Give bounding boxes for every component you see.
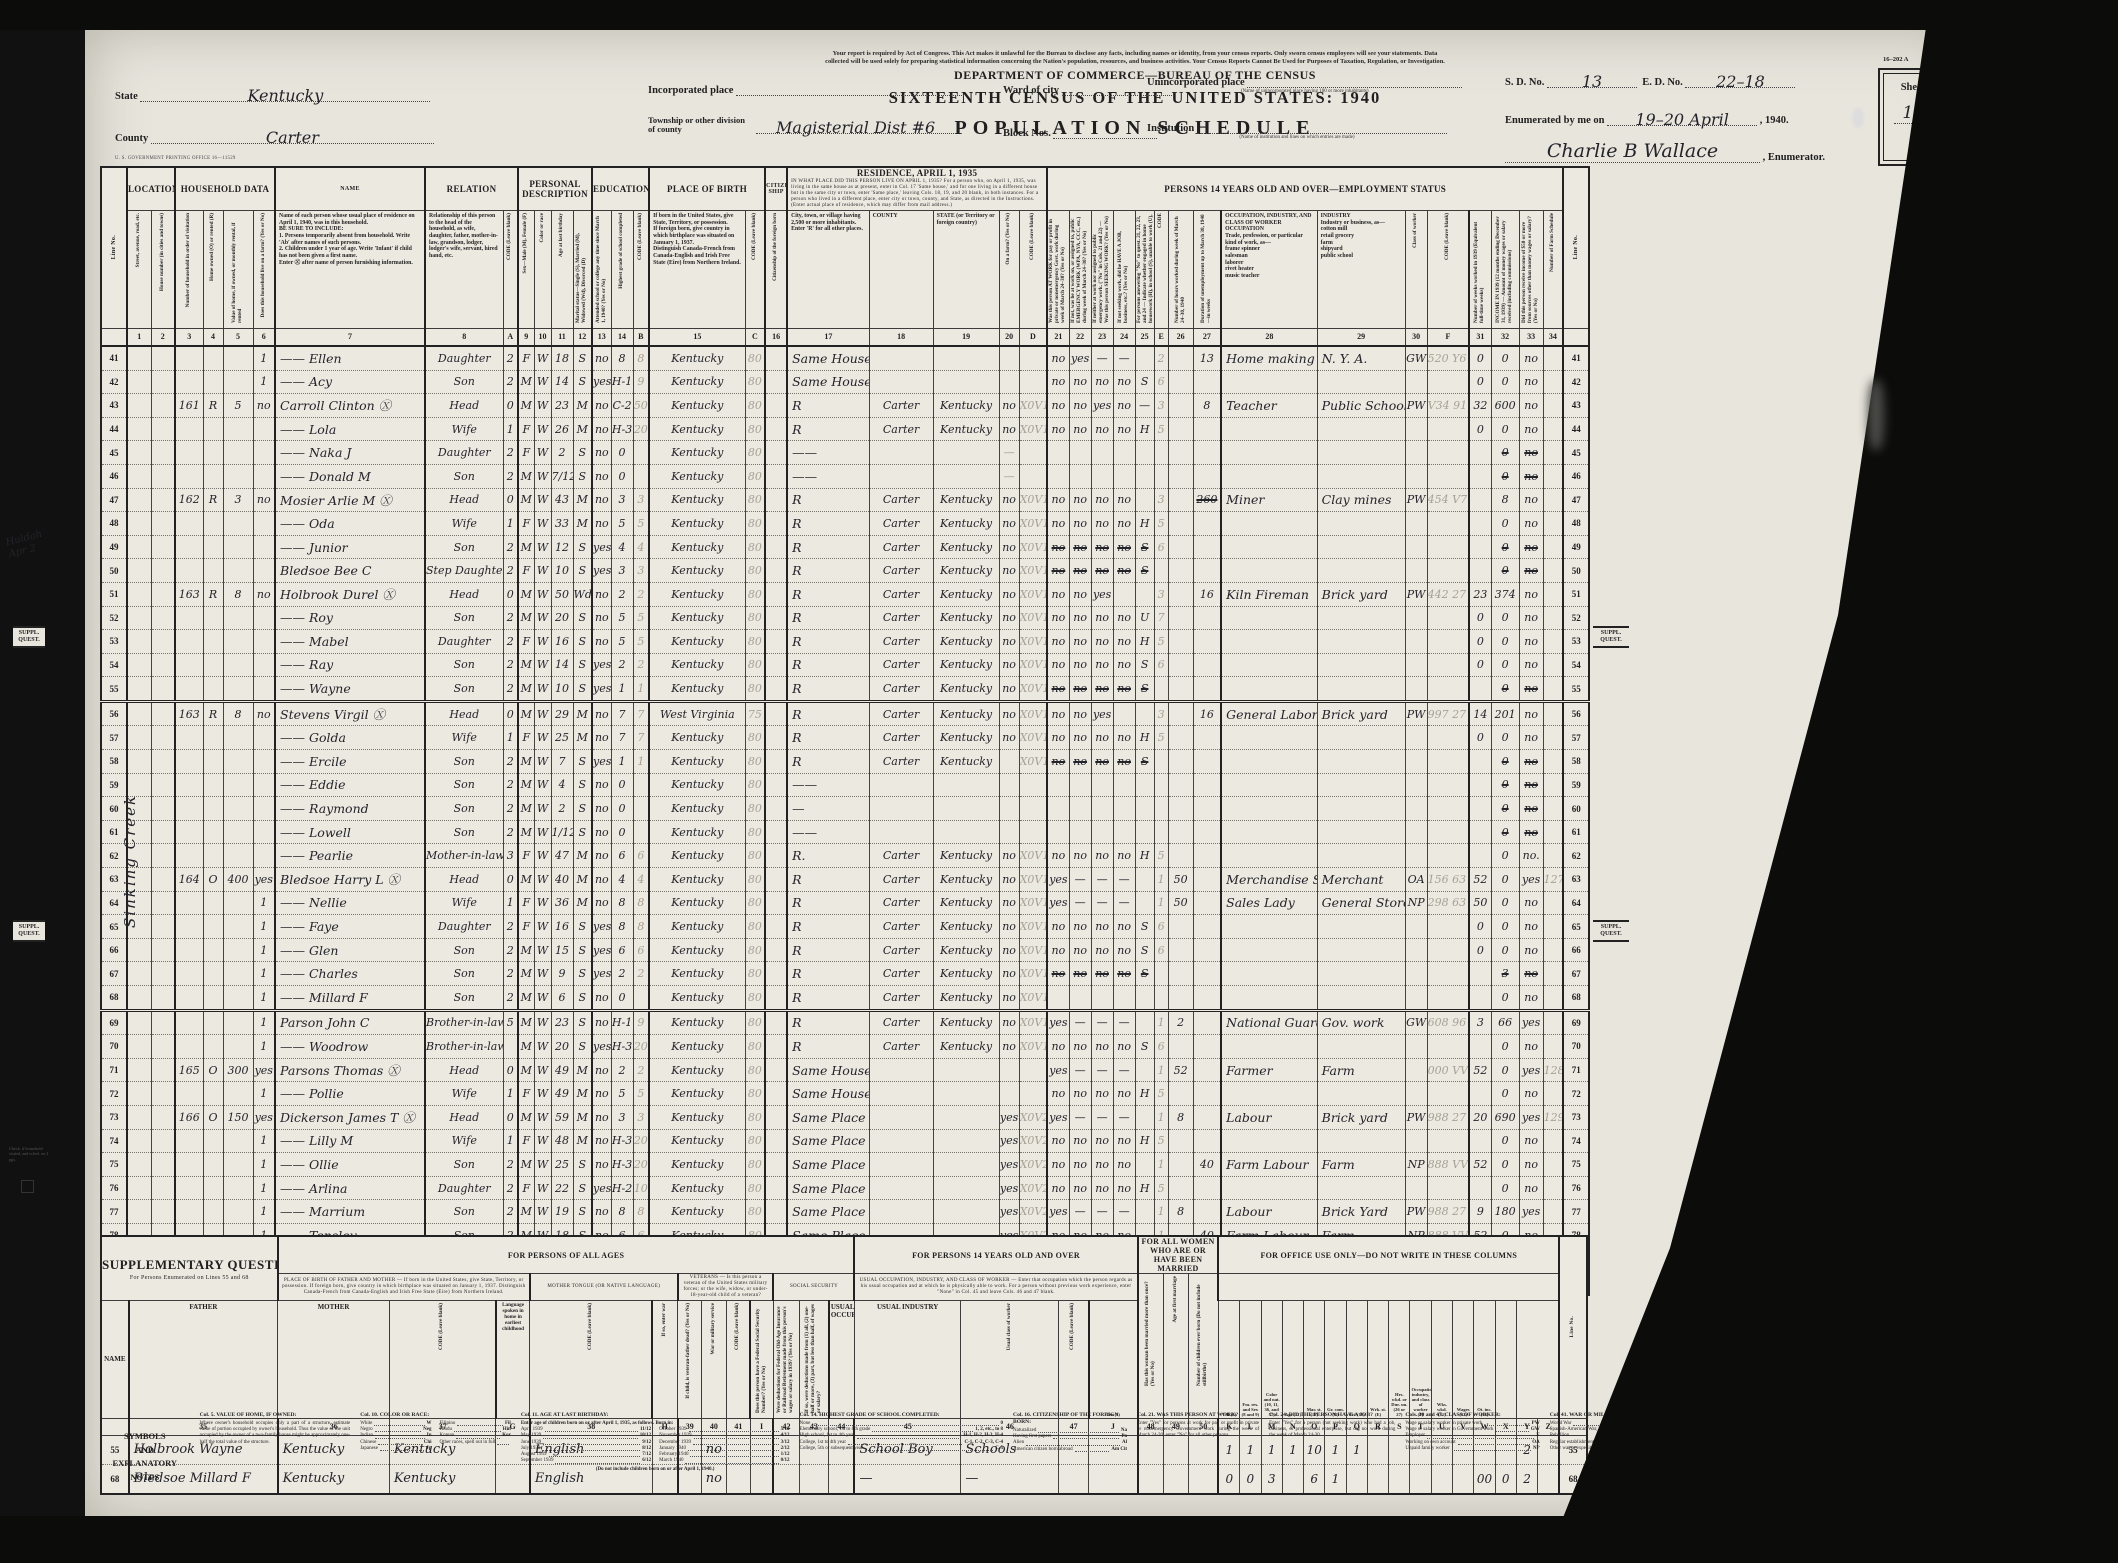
- suppl-quest-marker-left-68: SUPPL. QUEST.: [13, 920, 45, 942]
- cell-residence-city: Same Place: [787, 1105, 869, 1129]
- cell-emergency-work: no: [1069, 559, 1091, 583]
- cell-code-b: 7: [633, 726, 649, 750]
- cell-hours-worked: [1168, 582, 1193, 606]
- table-row: 701—— WoodrowBrother-in-lawMW20SyesH-320…: [101, 1035, 1589, 1059]
- cell-seeking-work: no: [1091, 677, 1113, 702]
- cell-status: H: [1135, 1082, 1154, 1106]
- cell-house-number: [151, 1058, 175, 1082]
- cell-emergency-work: no: [1069, 938, 1091, 962]
- cell-unemployment-weeks: [1193, 464, 1221, 488]
- cell-code-d: X0V1: [1019, 630, 1047, 654]
- cell-unemployment-weeks: [1193, 630, 1221, 654]
- cell-code-b: 1: [633, 750, 649, 774]
- column-number: 8: [425, 328, 503, 346]
- column-number: 9: [518, 328, 534, 346]
- cell-has-job: no: [1113, 559, 1135, 583]
- cell-code-a: 2: [503, 535, 518, 559]
- cell-unemployment-weeks: [1193, 1058, 1221, 1082]
- cell-sex: M: [518, 464, 534, 488]
- table-row: 55—— WayneSon2MW10Syes11Kentucky80RCarte…: [101, 677, 1589, 702]
- cell-at-work: no: [1047, 677, 1069, 702]
- cell-line: 44: [1563, 417, 1589, 441]
- cell-residence-farm: [999, 773, 1019, 797]
- cell-industry: [1317, 726, 1405, 750]
- cell-residence-farm: yes: [999, 1129, 1019, 1153]
- cell-color-race: W: [534, 820, 551, 844]
- cell-citizenship: [765, 606, 787, 630]
- cell-age: 1/12: [551, 820, 573, 844]
- column-description: STATE (or Territory or foreign country): [933, 211, 999, 329]
- cell-age: 16: [551, 915, 573, 939]
- cell-has-job: no: [1113, 630, 1135, 654]
- cell-residence-state: [933, 1200, 999, 1224]
- cell-weeks-worked: 9: [1469, 1200, 1491, 1224]
- cell-code-a: 2: [503, 464, 518, 488]
- group-header: PLACE OF BIRTH: [649, 167, 765, 211]
- cell-farm-schedule: [1543, 370, 1563, 394]
- cell-occupation: [1221, 606, 1317, 630]
- cell-farm-schedule: [1543, 844, 1563, 868]
- suppl-quest-marker-right-68: SUPPL. QUEST.: [1593, 920, 1629, 942]
- cell-name: —— Ercile: [275, 750, 425, 774]
- cell-farm: [253, 512, 275, 536]
- cell-household-number: 163: [175, 701, 203, 726]
- suppl-quest-marker-right-55: SUPPL. QUEST.: [1593, 626, 1629, 648]
- cell-weeks-worked: 0: [1469, 417, 1491, 441]
- cell-home-value: 300: [223, 1058, 253, 1082]
- cell-residence-county: Carter: [869, 512, 933, 536]
- cell-code-e: 5: [1154, 630, 1168, 654]
- cell-code-c: 80: [745, 891, 765, 915]
- cell-sex: M: [518, 820, 534, 844]
- cell-line: 74: [101, 1129, 127, 1153]
- cell-line: 63: [1563, 868, 1589, 892]
- column-description: Name of each person whose usual place of…: [275, 211, 425, 329]
- cell-line: 77: [101, 1200, 127, 1224]
- cell-at-work: no: [1047, 844, 1069, 868]
- enumerator-signature: Charlie B Wallace: [1547, 140, 1718, 162]
- cell-code-c: 80: [745, 1058, 765, 1082]
- cell-wages: 600: [1491, 394, 1519, 418]
- cell-name: —— Wayne: [275, 677, 425, 702]
- cell-wages: 0: [1491, 512, 1519, 536]
- cell-weeks-worked: [1469, 464, 1491, 488]
- cell-residence-farm: no: [999, 986, 1019, 1011]
- column-description: Highest grade of school completed: [611, 211, 633, 329]
- cell-occupation: [1221, 653, 1317, 677]
- cell-residence-county: Carter: [869, 726, 933, 750]
- cell-birthplace: Kentucky: [649, 582, 745, 606]
- cell-color-race: W: [534, 962, 551, 986]
- cell-relation: Head: [425, 1058, 503, 1082]
- column-description: Number of Farm Schedule: [1543, 211, 1563, 329]
- cell-house-number: [151, 512, 175, 536]
- cell-unemployment-weeks: [1193, 1105, 1221, 1129]
- cell-occupation: [1221, 820, 1317, 844]
- cell-other-income: no: [1519, 915, 1543, 939]
- cell-code-f: [1427, 370, 1469, 394]
- office-use-column-label: Color and nat. (10, 11, 36, and 37): [1261, 1301, 1282, 1419]
- cell-wages: 0: [1491, 891, 1519, 915]
- column-number: 21: [1047, 328, 1069, 346]
- cell-age: 15: [551, 938, 573, 962]
- cell-unemployment-weeks: [1193, 370, 1221, 394]
- cell-line: 42: [101, 370, 127, 394]
- cell-worker-class: [1405, 606, 1427, 630]
- cell-line: 43: [1563, 394, 1589, 418]
- cell-code-e: 3: [1154, 701, 1168, 726]
- suppl-quest-marker-left-55: SUPPL. QUEST.: [13, 626, 45, 648]
- cell-seeking-work: no: [1091, 1176, 1113, 1200]
- cell-weeks-worked: [1469, 750, 1491, 774]
- cell-emergency-work: no: [1069, 750, 1091, 774]
- cell-residence-county: [869, 1129, 933, 1153]
- cell-hours-worked: [1168, 750, 1193, 774]
- cell-home-value: [223, 606, 253, 630]
- cell-citizenship: [765, 938, 787, 962]
- cell-grade: 2: [611, 653, 633, 677]
- cell-code-b: 3: [633, 1105, 649, 1129]
- cell-other-income: yes: [1519, 1010, 1543, 1035]
- cell-hours-worked: [1168, 441, 1193, 465]
- cell-sex: M: [518, 797, 534, 821]
- cell-emergency-work: no: [1069, 535, 1091, 559]
- cell-code-f: [1427, 417, 1469, 441]
- column-number: 17: [787, 328, 869, 346]
- cell-color-race: W: [534, 370, 551, 394]
- cell-marital-status: M: [573, 488, 592, 512]
- cell-code-a: 2: [503, 441, 518, 465]
- cell-seeking-work: [1091, 820, 1113, 844]
- cell-worker-class: PW: [1405, 488, 1427, 512]
- table-row: 49—— JuniorSon2MW12Syes44Kentucky80RCart…: [101, 535, 1589, 559]
- cell-residence-farm: no: [999, 417, 1019, 441]
- cell-grade: 5: [611, 1082, 633, 1106]
- cell-code-b: 2: [633, 582, 649, 606]
- cell-house-number: [151, 346, 175, 370]
- cell-name: Stevens Virgil Ⓧ: [275, 701, 425, 726]
- cell-farm-schedule: [1543, 820, 1563, 844]
- cell-worker-class: [1405, 559, 1427, 583]
- cell-residence-state: Kentucky: [933, 582, 999, 606]
- cell-residence-city: Same Place: [787, 1200, 869, 1224]
- suppl-column-description: CODE (Leave blank): [530, 1301, 652, 1419]
- cell-occupation: [1221, 1129, 1317, 1153]
- cell-residence-city: R: [787, 535, 869, 559]
- cell-emergency-work: [1069, 464, 1091, 488]
- cell-sex: F: [518, 726, 534, 750]
- cell-birthplace: Kentucky: [649, 891, 745, 915]
- cell-code-d: X0V2: [1019, 1153, 1047, 1177]
- cell-code-c: 80: [745, 1200, 765, 1224]
- cell-residence-city: R: [787, 750, 869, 774]
- cell-occupation: General Labor: [1221, 701, 1317, 726]
- cell-worker-class: [1405, 1035, 1427, 1059]
- cell-code-b: 50: [633, 394, 649, 418]
- cell-owned-rented: [203, 1035, 223, 1059]
- cell-code-c: 80: [745, 773, 765, 797]
- cell-occupation: [1221, 915, 1317, 939]
- cell-code-c: 80: [745, 1153, 765, 1177]
- cell-household-number: [175, 750, 203, 774]
- cell-code-b: 5: [633, 1082, 649, 1106]
- cell-owned-rented: [203, 1082, 223, 1106]
- cell-seeking-work: no: [1091, 1153, 1113, 1177]
- cell-code-d: X0V1: [1019, 488, 1047, 512]
- cell-grade: 4: [611, 535, 633, 559]
- cell-marital-status: M: [573, 512, 592, 536]
- cell-emergency-work: [1069, 820, 1091, 844]
- cell-name: —— Woodrow: [275, 1035, 425, 1059]
- cell-at-work: no: [1047, 1176, 1069, 1200]
- cell-code-f: 608 96 2: [1427, 1010, 1469, 1035]
- cell-status: S: [1135, 370, 1154, 394]
- cell-name: —— Roy: [275, 606, 425, 630]
- cell-farm: [253, 844, 275, 868]
- legal-notice-line2: collected will be used solely for prepar…: [825, 58, 1445, 65]
- cell-code-c: 80: [745, 868, 765, 892]
- cell-hours-worked: 52: [1168, 1058, 1193, 1082]
- column-description: Street, avenue, road, etc.: [127, 211, 151, 329]
- cell-farm-schedule: [1543, 464, 1563, 488]
- cell-wages: 0: [1491, 370, 1519, 394]
- cell-wages: 8: [1491, 488, 1519, 512]
- cell-farm-schedule: [1543, 1035, 1563, 1059]
- cell-unemployment-weeks: [1193, 820, 1221, 844]
- cell-wages: 201: [1491, 701, 1519, 726]
- cell-citizenship: [765, 1105, 787, 1129]
- column-description: Does this household live on a farm? (Yes…: [253, 211, 275, 329]
- cell-seeking-work: no: [1091, 370, 1113, 394]
- cell-weeks-worked: [1469, 820, 1491, 844]
- cell-hours-worked: [1168, 630, 1193, 654]
- cell-at-work: no: [1047, 394, 1069, 418]
- cell-household-number: [175, 986, 203, 1011]
- cell-weeks-worked: [1469, 535, 1491, 559]
- cell-has-job: [1113, 986, 1135, 1011]
- cell-farm: 1: [253, 346, 275, 370]
- cell-emergency-work: no: [1069, 630, 1091, 654]
- cell-worker-class: OA: [1405, 868, 1427, 892]
- cell-other-income: no: [1519, 653, 1543, 677]
- cell-grade: 1: [611, 750, 633, 774]
- column-number: 1: [127, 328, 151, 346]
- cell-home-value: [223, 370, 253, 394]
- cell-code-a: 0: [503, 1058, 518, 1082]
- cell-marital-status: S: [573, 938, 592, 962]
- column-description: INDUSTRY Industry or business, as— cotto…: [1317, 211, 1405, 329]
- suppl-subgroup-header: VETERANS — Is this person a veteran of t…: [678, 1274, 774, 1301]
- cell-owned-rented: [203, 606, 223, 630]
- cell-age: 25: [551, 726, 573, 750]
- column-number: 30: [1405, 328, 1427, 346]
- cell-code-d: [1019, 370, 1047, 394]
- cell-relation: Head: [425, 701, 503, 726]
- cell-code-d: X0V1: [1019, 701, 1047, 726]
- cell-unemployment-weeks: [1193, 986, 1221, 1011]
- cell-hours-worked: [1168, 986, 1193, 1011]
- cell-owned-rented: [203, 844, 223, 868]
- cell-street: [127, 417, 151, 441]
- cell-worker-class: [1405, 797, 1427, 821]
- cell-has-job: no: [1113, 1129, 1135, 1153]
- cell-household-number: 165: [175, 1058, 203, 1082]
- cell-residence-state: Kentucky: [933, 915, 999, 939]
- cell-color-race: W: [534, 488, 551, 512]
- cell-citizenship: [765, 394, 787, 418]
- cell-home-value: [223, 1010, 253, 1035]
- cell-sex: F: [518, 891, 534, 915]
- cell-grade: 2: [611, 582, 633, 606]
- cell-marital-status: S: [573, 986, 592, 1011]
- cell-status: [1135, 1153, 1154, 1177]
- cell-code-e: 5: [1154, 1176, 1168, 1200]
- cell-residence-state: Kentucky: [933, 868, 999, 892]
- cell-house-number: [151, 630, 175, 654]
- cell-owned-rented: [203, 986, 223, 1011]
- suppl-column-description: If child, is veteran-father dead? (Yes o…: [678, 1301, 701, 1419]
- cell-citizenship: [765, 346, 787, 370]
- cell-color-race: W: [534, 891, 551, 915]
- cell-owned-rented: O: [203, 868, 223, 892]
- cell-line: 76: [101, 1176, 127, 1200]
- cell-house-number: [151, 1010, 175, 1035]
- cell-household-number: 166: [175, 1105, 203, 1129]
- column-description: If neither at work nor assigned to publi…: [1091, 211, 1113, 329]
- cell-house-number: [151, 1200, 175, 1224]
- cell-sex: M: [518, 750, 534, 774]
- cell-farm: [253, 559, 275, 583]
- cell-street: [127, 512, 151, 536]
- cell-other-income: no: [1519, 891, 1543, 915]
- cell-unemployment-weeks: [1193, 417, 1221, 441]
- cell-industry: [1317, 820, 1405, 844]
- cell-seeking-work: no: [1091, 938, 1113, 962]
- cell-farm-schedule: [1543, 441, 1563, 465]
- cell-weeks-worked: [1469, 677, 1491, 702]
- cell-seeking-work: [1091, 464, 1113, 488]
- cell-worker-class: [1405, 370, 1427, 394]
- cell-relation: Son: [425, 820, 503, 844]
- cell-house-number: [151, 773, 175, 797]
- cell-code-c: 80: [745, 559, 765, 583]
- cell-name: Bledsoe Bee C: [275, 559, 425, 583]
- cell-unemployment-weeks: [1193, 962, 1221, 986]
- cell-attended-school: no: [592, 488, 611, 512]
- cell-residence-county: [869, 773, 933, 797]
- cell-weeks-worked: [1469, 512, 1491, 536]
- cell-at-work: yes: [1047, 1058, 1069, 1082]
- cell-marital-status: S: [573, 346, 592, 370]
- cell-relation: Wife: [425, 417, 503, 441]
- cell-emergency-work: no: [1069, 1153, 1091, 1177]
- enumeration-date-line: Enumerated by me on 19–20 April , 1940.: [1505, 110, 1789, 126]
- column-number: [1563, 328, 1589, 346]
- cell-at-work: no: [1047, 938, 1069, 962]
- cell-name: —— Lola: [275, 417, 425, 441]
- cell-code-d: X0V1: [1019, 844, 1047, 868]
- cell-sex: F: [518, 915, 534, 939]
- cell-unemployment-weeks: [1193, 797, 1221, 821]
- cell-color-race: W: [534, 915, 551, 939]
- cell-occupation: Miner: [1221, 488, 1317, 512]
- cell-code-e: 5: [1154, 726, 1168, 750]
- cell-worker-class: [1405, 677, 1427, 702]
- cell-house-number: [151, 606, 175, 630]
- cell-code-e: [1154, 441, 1168, 465]
- column-number: 20: [999, 328, 1019, 346]
- explanatory-note: Col. 10. COLOR OR RACE:WhiteWNegroNegInd…: [360, 1412, 511, 1452]
- cell-home-value: [223, 630, 253, 654]
- cell-emergency-work: no: [1069, 606, 1091, 630]
- cell-weeks-worked: 0: [1469, 630, 1491, 654]
- cell-home-value: [223, 891, 253, 915]
- cell-color-race: W: [534, 441, 551, 465]
- cell-code-a: 1: [503, 726, 518, 750]
- cell-industry: [1317, 797, 1405, 821]
- cell-at-work: yes: [1047, 1010, 1069, 1035]
- cell-emergency-work: —: [1069, 1010, 1091, 1035]
- cell-code-e: 6: [1154, 938, 1168, 962]
- cell-grade: 6: [611, 938, 633, 962]
- cell-home-value: [223, 464, 253, 488]
- cell-code-f: 454 V7 1: [1427, 488, 1469, 512]
- cell-sex: M: [518, 488, 534, 512]
- cell-code-a: 0: [503, 488, 518, 512]
- cell-unemployment-weeks: [1193, 938, 1221, 962]
- cell-code-a: 1: [503, 1082, 518, 1106]
- cell-other-income: no: [1519, 820, 1543, 844]
- cell-residence-county: Carter: [869, 750, 933, 774]
- cell-has-job: no: [1113, 1176, 1135, 1200]
- column-description: If born in the United States, give State…: [649, 211, 745, 329]
- cell-birthplace: Kentucky: [649, 1153, 745, 1177]
- cell-relation: Son: [425, 986, 503, 1011]
- cell-residence-farm: no: [999, 891, 1019, 915]
- cell-marital-status: M: [573, 1082, 592, 1106]
- cell-code-c: 80: [745, 677, 765, 702]
- cell-house-number: [151, 868, 175, 892]
- cell-status: H: [1135, 844, 1154, 868]
- column-number: 34: [1543, 328, 1563, 346]
- cell-residence-state: [933, 773, 999, 797]
- cell-occupation: [1221, 677, 1317, 702]
- cell-wages: 0: [1491, 346, 1519, 370]
- cell-code-d: X0V1: [1019, 653, 1047, 677]
- column-number: 3: [175, 328, 203, 346]
- cell-age: 40: [551, 868, 573, 892]
- cell-unemployment-weeks: [1193, 773, 1221, 797]
- cell-line: 67: [101, 962, 127, 986]
- cell-seeking-work: [1091, 986, 1113, 1011]
- cell-code-c: 80: [745, 653, 765, 677]
- cell-other-income: no: [1519, 394, 1543, 418]
- cell-industry: Gov. work: [1317, 1010, 1405, 1035]
- cell-has-job: [1113, 582, 1135, 606]
- cell-residence-county: [869, 1153, 933, 1177]
- cell-weeks-worked: [1469, 962, 1491, 986]
- cell-farm-schedule: [1543, 915, 1563, 939]
- cell-seeking-work: no: [1091, 417, 1113, 441]
- cell-marital-status: S: [573, 606, 592, 630]
- cell-code-d: [1019, 773, 1047, 797]
- cell-residence-city: ——: [787, 464, 869, 488]
- institution-field: Institution (Name of institution and lin…: [1147, 118, 1447, 140]
- cell-code-d: X0V2: [1019, 1200, 1047, 1224]
- cell-wages: 0: [1491, 1153, 1519, 1177]
- cell-at-work: no: [1047, 653, 1069, 677]
- cell-household-number: [175, 535, 203, 559]
